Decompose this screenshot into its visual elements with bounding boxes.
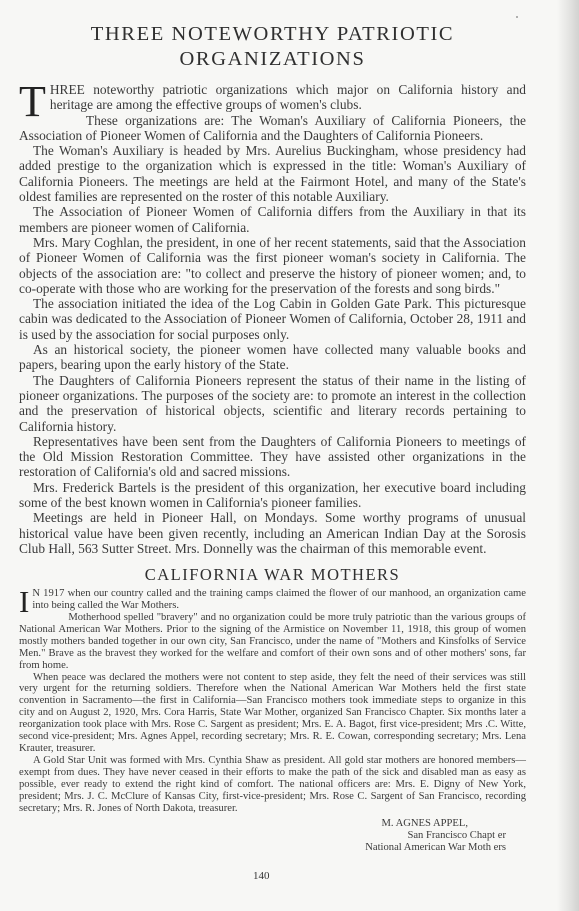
section-title: CALIFORNIA WAR MOTHERS xyxy=(19,565,526,585)
paragraph: A Gold Star Unit was formed with Mrs. Cy… xyxy=(19,755,526,815)
signature-name: M. AGNES APPEL, xyxy=(19,818,506,830)
paragraph: The Association of Pioneer Women of Cali… xyxy=(19,204,526,235)
paragraph: As an historical society, the pioneer wo… xyxy=(19,342,526,373)
title-line-2: ORGANIZATIONS xyxy=(19,47,526,72)
paragraph-text: HREE noteworthy patriotic organizations … xyxy=(50,82,526,112)
page-edge-shadow xyxy=(557,0,579,911)
page-title: THREE NOTEWORTHY PATRIOTIC ORGANIZATIONS xyxy=(19,22,526,72)
paragraph: The association initiated the idea of th… xyxy=(19,296,526,342)
drop-cap: I xyxy=(19,589,29,615)
section-first-paragraph: IN 1917 when our country called and the … xyxy=(19,588,526,612)
signature-organization: National American War Moth ers xyxy=(19,842,506,854)
paragraph: Mrs. Frederick Bartels is the president … xyxy=(19,480,526,511)
signature-block: M. AGNES APPEL, San Francisco Chapt er N… xyxy=(19,818,526,854)
signature-chapter: San Francisco Chapt er xyxy=(19,830,506,842)
title-line-1: THREE NOTEWORTHY PATRIOTIC xyxy=(19,22,526,47)
paragraph: These organizations are: The Woman's Aux… xyxy=(19,113,526,144)
paragraph: Motherhood spelled "bravery" and no orga… xyxy=(19,612,526,672)
paper-speck xyxy=(516,16,518,18)
paragraph: When peace was declared the mothers were… xyxy=(19,672,526,755)
intro-section: THREE noteworthy patriotic organizations… xyxy=(19,82,526,556)
page-number: 140 xyxy=(253,870,270,882)
paragraph: Meetings are held in Pioneer Hall, on Mo… xyxy=(19,510,526,556)
document-page: THREE NOTEWORTHY PATRIOTIC ORGANIZATIONS… xyxy=(19,22,526,854)
paragraph: The Woman's Auxiliary is headed by Mrs. … xyxy=(19,143,526,204)
intro-first-paragraph: THREE noteworthy patriotic organizations… xyxy=(19,82,526,113)
paragraph: Mrs. Mary Coghlan, the president, in one… xyxy=(19,235,526,296)
paragraph-text: N 1917 when our country called and the t… xyxy=(32,588,526,611)
paragraph: The Daughters of California Pioneers rep… xyxy=(19,373,526,434)
war-mothers-section: IN 1917 when our country called and the … xyxy=(19,588,526,814)
drop-cap: T xyxy=(19,84,46,120)
paragraph: Representatives have been sent from the … xyxy=(19,434,526,480)
